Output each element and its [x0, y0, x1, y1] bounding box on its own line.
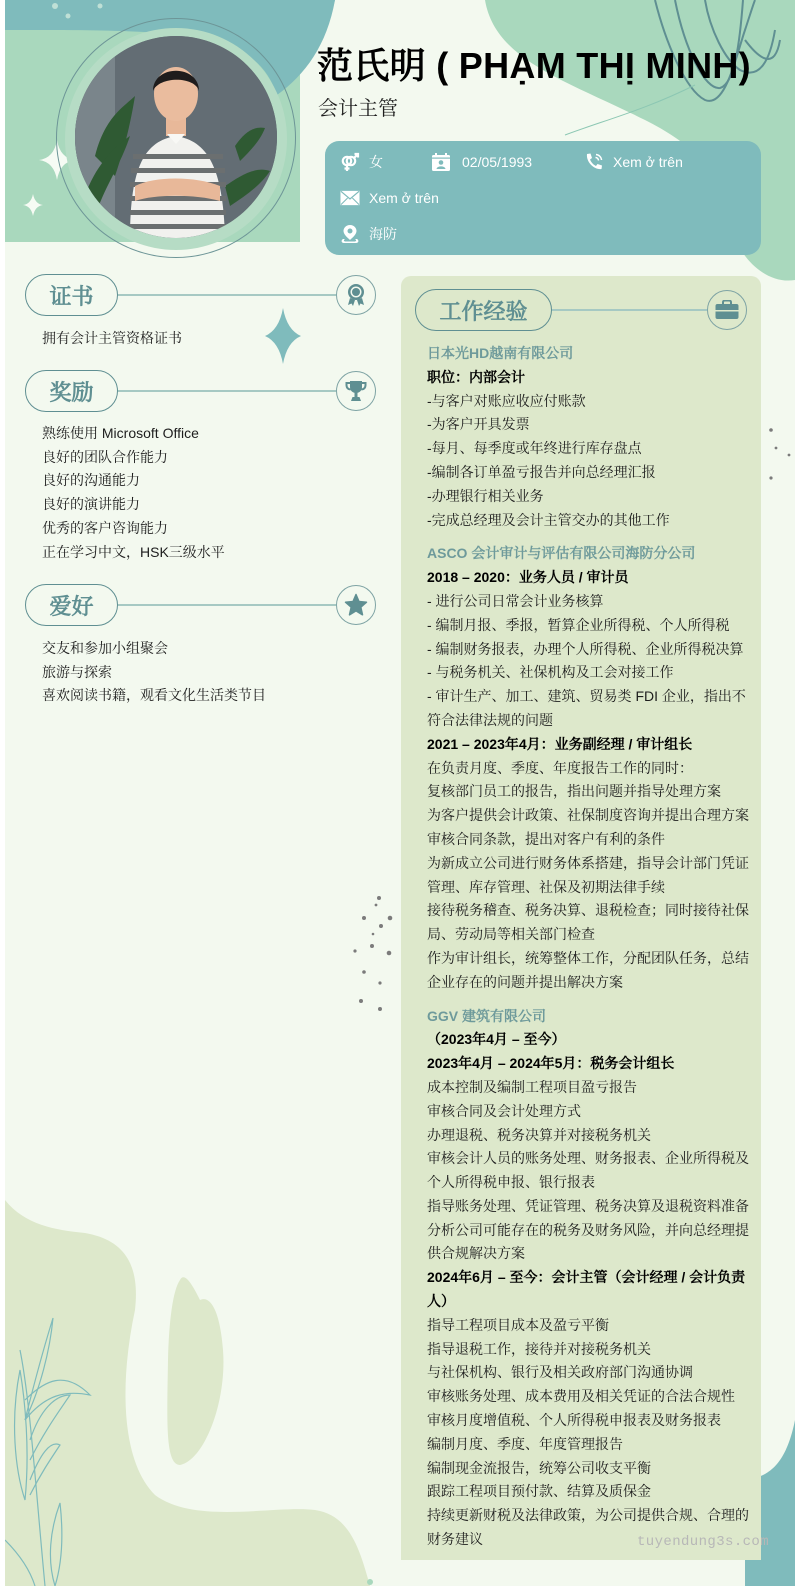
divider-line	[118, 604, 336, 606]
role-heading: 职位：内部会计	[427, 366, 752, 390]
duty-line: 与社保机构、银行及相关政府部门沟通协调	[427, 1361, 752, 1385]
section-header-certificates: 证书	[25, 274, 377, 316]
duty-line: -完成总经理及会计主管交办的其他工作	[427, 509, 752, 533]
contact-info-box: 女 02/05/1993 Xem ở trên Xem ở trên 海防	[325, 141, 761, 255]
divider-line	[118, 390, 336, 392]
certificates-list: 拥有会计主管资格证书	[42, 327, 182, 351]
award-item: 优秀的客户咨询能力	[42, 517, 225, 541]
location-pin-icon	[340, 224, 360, 244]
duty-line: 作为审计组长，统筹整体工作，分配团队任务，总结企业存在的问题并提出解决方案	[427, 947, 752, 995]
gender-value: 女	[369, 152, 383, 172]
contact-email[interactable]: Xem ở trên	[340, 188, 439, 208]
hobby-item: 喜欢阅读书籍，观看文化生活类节目	[42, 684, 266, 708]
gender-icon	[340, 152, 360, 172]
award-item: 正在学习中文，HSK三级水平	[42, 541, 225, 565]
duty-line: 指导工程项目成本及盈亏平衡	[427, 1314, 752, 1338]
duty-line: 接待税务稽查、税务决算、退税检查；同时接待社保局、劳动局等相关部门检查	[427, 899, 752, 947]
duty-line: 办理退税、税务决算并对接税务机关	[427, 1124, 752, 1148]
duty-line: - 审计生产、加工、建筑、贸易类 FDI 企业，指出不符合法律法规的问题	[427, 685, 752, 733]
section-title-certificates: 证书	[25, 274, 118, 316]
duty-line: 成本控制及编制工程项目盈亏报告	[427, 1076, 752, 1100]
duty-line: 为客户提供会计政策、社保制度咨询并提出合理方案	[427, 804, 752, 828]
contact-phone[interactable]: Xem ở trên	[584, 152, 683, 172]
mail-icon	[340, 188, 360, 208]
trophy-icon	[336, 371, 376, 411]
section-title-hobbies: 爱好	[25, 584, 118, 626]
award-item: 良好的团队合作能力	[42, 446, 225, 470]
duty-line: 指导退税工作，接待并对接税务机关	[427, 1338, 752, 1362]
duty-line: 审核账务处理、成本费用及相关凭证的合法合规性	[427, 1385, 752, 1409]
duty-line: - 进行公司日常会计业务核算	[427, 590, 752, 614]
duty-line: 分析公司可能存在的税务及财务风险，并向总经理提供合规解决方案	[427, 1219, 752, 1267]
award-item: 良好的沟通能力	[42, 469, 225, 493]
duty-line: -为客户开具发票	[427, 413, 752, 437]
watermark: tuyendung3s.com	[637, 1534, 769, 1550]
section-header-hobbies: 爱好	[25, 584, 377, 626]
awards-list: 熟练使用 Microsoft Office 良好的团队合作能力 良好的沟通能力 …	[42, 422, 225, 564]
calendar-icon	[431, 152, 451, 172]
phone-value: Xem ở trên	[613, 154, 683, 170]
resume-page: 范氏明 ( PHẠM THỊ MINH) 会计主管 女 02/05/1993 X…	[5, 0, 795, 1586]
job-entry: GGV 建筑有限公司 （2023年4月 – 至今） 2023年4月 – 2024…	[427, 1005, 752, 1552]
birthday-value: 02/05/1993	[462, 154, 532, 170]
role-heading: 2024年6月 – 至今：会计主管（会计经理 / 会计负责人）	[427, 1266, 752, 1314]
experience-content: 日本光HD越南有限公司 职位：内部会计 -与客户对账应收应付账款 -为客户开具发…	[427, 342, 752, 1552]
duty-line: 复核部门员工的报告，指出问题并指导处理方案	[427, 780, 752, 804]
hobby-item: 旅游与探索	[42, 661, 266, 685]
duty-line: 编制月度、季度、年度管理报告	[427, 1433, 752, 1457]
duty-line: 在负责月度、季度、年度报告工作的同时：	[427, 757, 752, 781]
role-heading: 2023年4月 – 2024年5月：税务会计组长	[427, 1052, 752, 1076]
section-header-experience: 工作经验	[415, 289, 747, 331]
candidate-job-title: 会计主管	[318, 92, 398, 121]
role-heading: 2021 – 2023年4月：业务副经理 / 审计组长	[427, 733, 752, 757]
section-header-awards: 奖励	[25, 370, 377, 412]
duty-line: - 编制财务报表，办理个人所得税、企业所得税决算	[427, 638, 752, 662]
section-title-awards: 奖励	[25, 370, 118, 412]
hobbies-list: 交友和参加小组聚会 旅游与探索 喜欢阅读书籍，观看文化生活类节目	[42, 637, 266, 708]
duty-line: 编制现金流报告，统筹公司收支平衡	[427, 1457, 752, 1481]
award-ribbon-icon	[336, 275, 376, 315]
duty-line: 审核会计人员的账务处理、财务报表、企业所得税及个人所得税申报、银行报表	[427, 1147, 752, 1195]
phone-icon	[584, 152, 604, 172]
duty-line: 跟踪工程项目预付款、结算及质保金	[427, 1480, 752, 1504]
award-item: 熟练使用 Microsoft Office	[42, 422, 225, 446]
duty-line: 审核合同条款，提出对客户有利的条件	[427, 828, 752, 852]
divider-line	[118, 294, 336, 296]
divider-line	[552, 309, 707, 311]
award-item: 良好的演讲能力	[42, 493, 225, 517]
duty-line: -编制各订单盈亏报告并向总经理汇报	[427, 461, 752, 485]
location-value: 海防	[369, 224, 397, 244]
duty-line: - 与税务机关、社保机构及工会对接工作	[427, 661, 752, 685]
email-value: Xem ở trên	[369, 190, 439, 206]
duty-line: -办理银行相关业务	[427, 485, 752, 509]
duty-line: 为新成立公司进行财务体系搭建，指导会计部门凭证管理、库存管理、社保及初期法律手续	[427, 852, 752, 900]
certificate-item: 拥有会计主管资格证书	[42, 327, 182, 351]
duty-line: - 编制月报、季报，暂算企业所得税、个人所得税	[427, 614, 752, 638]
duty-line: -每月、每季度或年终进行库存盘点	[427, 437, 752, 461]
briefcase-icon	[707, 290, 747, 330]
profile-photo	[75, 36, 277, 238]
job-entry: ASCO 会计审计与评估有限公司海防分公司 2018 – 2020：业务人员 /…	[427, 542, 752, 994]
section-title-experience: 工作经验	[415, 289, 552, 331]
contact-birthday: 02/05/1993	[431, 152, 532, 172]
duty-line: -与客户对账应收应付账款	[427, 390, 752, 414]
contact-gender: 女	[340, 152, 383, 172]
contact-location: 海防	[340, 224, 397, 244]
job-period: （2023年4月 – 至今）	[427, 1028, 752, 1052]
duty-line: 指导账务处理、凭证管理、税务决算及退税资料准备	[427, 1195, 752, 1219]
company-name: 日本光HD越南有限公司	[427, 342, 752, 366]
candidate-name: 范氏明 ( PHẠM THỊ MINH)	[317, 38, 751, 89]
duty-line: 审核月度增值税、个人所得税申报表及财务报表	[427, 1409, 752, 1433]
role-heading: 2018 – 2020：业务人员 / 审计员	[427, 566, 752, 590]
company-name: GGV 建筑有限公司	[427, 1005, 752, 1029]
job-entry: 日本光HD越南有限公司 职位：内部会计 -与客户对账应收应付账款 -为客户开具发…	[427, 342, 752, 532]
star-icon	[336, 585, 376, 625]
duty-line: 审核合同及会计处理方式	[427, 1100, 752, 1124]
company-name: ASCO 会计审计与评估有限公司海防分公司	[427, 542, 752, 566]
hobby-item: 交友和参加小组聚会	[42, 637, 266, 661]
